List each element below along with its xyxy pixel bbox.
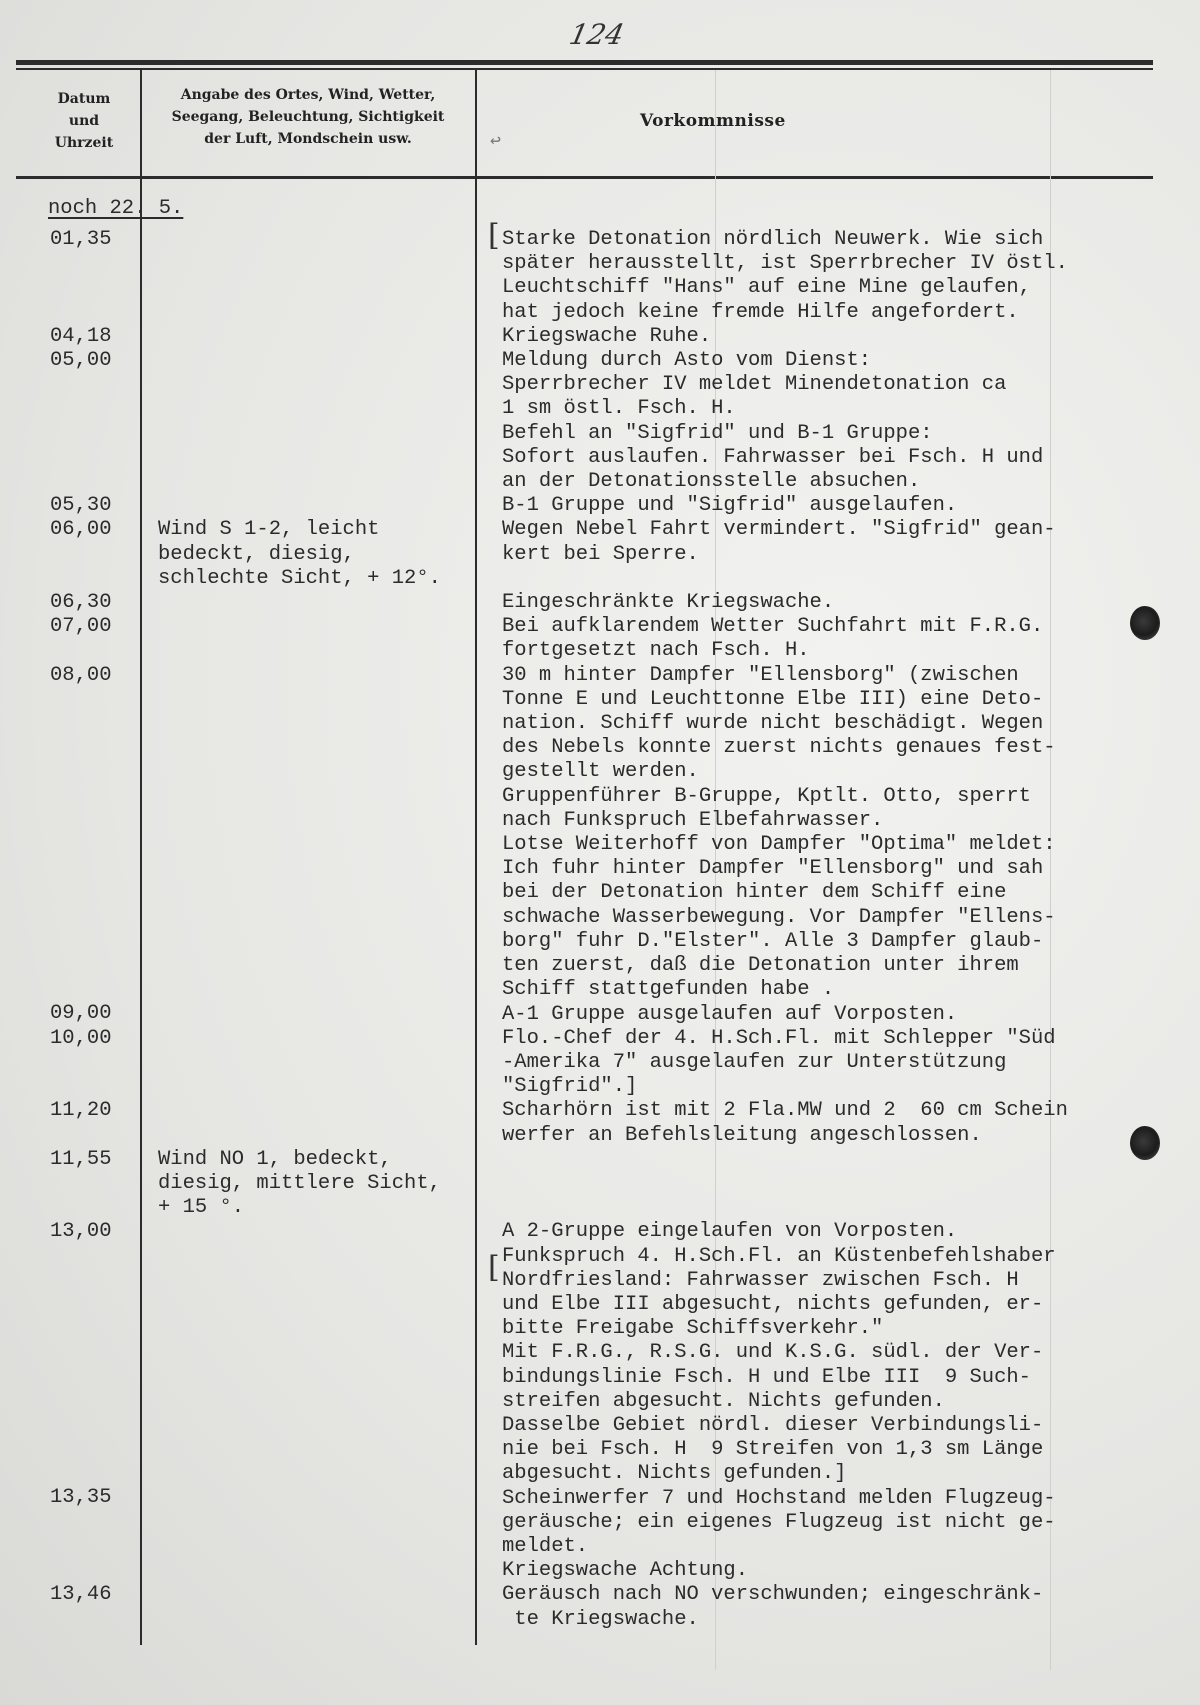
header-weather-line: Angabe des Ortes, Wind, Wetter, (142, 84, 474, 106)
weather-entry: Wind S 1-2, leicht bedeckt, diesig, schl… (158, 518, 441, 591)
time-entry: 09,00 (50, 1002, 112, 1026)
day-label: noch 22. 5. (48, 197, 183, 221)
time-entry: 05,00 (50, 349, 112, 373)
pencil-mark: ↩ (490, 130, 501, 152)
header-events-column: Vorkommnisse (640, 110, 940, 132)
time-entry: 01,35 (50, 228, 112, 252)
ink-blot (1130, 606, 1160, 640)
header-date-line: Datum (28, 88, 140, 110)
header-date-line: Uhrzeit (28, 132, 140, 154)
events-column: Starke Detonation nördlich Neuwerk. Wie … (502, 228, 1068, 1632)
time-entry: 04,18 (50, 325, 112, 349)
time-entry: 08,00 (50, 664, 112, 688)
column-divider-weather (475, 70, 477, 1645)
header-weather-column: Angabe des Ortes, Wind, Wetter, Seegang,… (142, 84, 474, 150)
ink-blot (1130, 1126, 1160, 1160)
time-entry: 10,00 (50, 1027, 112, 1051)
time-entry: 07,00 (50, 615, 112, 639)
time-entry: 11,55 (50, 1148, 112, 1172)
weather-entry: Wind NO 1, bedeckt, diesig, mittlere Sic… (158, 1148, 441, 1221)
page-number: 124 (566, 18, 626, 51)
time-entry: 13,46 (50, 1583, 112, 1607)
header-weather-line: der Luft, Mondschein usw. (142, 128, 474, 150)
bracket-open-icon: [ (488, 218, 500, 253)
table-header-rule (16, 176, 1153, 179)
time-entry: 06,30 (50, 591, 112, 615)
time-entry: 05,30 (50, 494, 112, 518)
time-entry: 11,20 (50, 1099, 112, 1123)
table-top-rule-thin (16, 68, 1153, 70)
bracket-open-icon: [ (488, 1250, 500, 1285)
header-date-line: und (28, 110, 140, 132)
column-divider-date (140, 70, 142, 1645)
time-entry: 13,00 (50, 1220, 112, 1244)
time-entry: 13,35 (50, 1486, 112, 1510)
header-weather-line: Seegang, Beleuchtung, Sichtigkeit (142, 106, 474, 128)
table-top-rule (16, 60, 1153, 65)
header-date-column: Datum und Uhrzeit (28, 88, 140, 154)
time-entry: 06,00 (50, 518, 112, 542)
